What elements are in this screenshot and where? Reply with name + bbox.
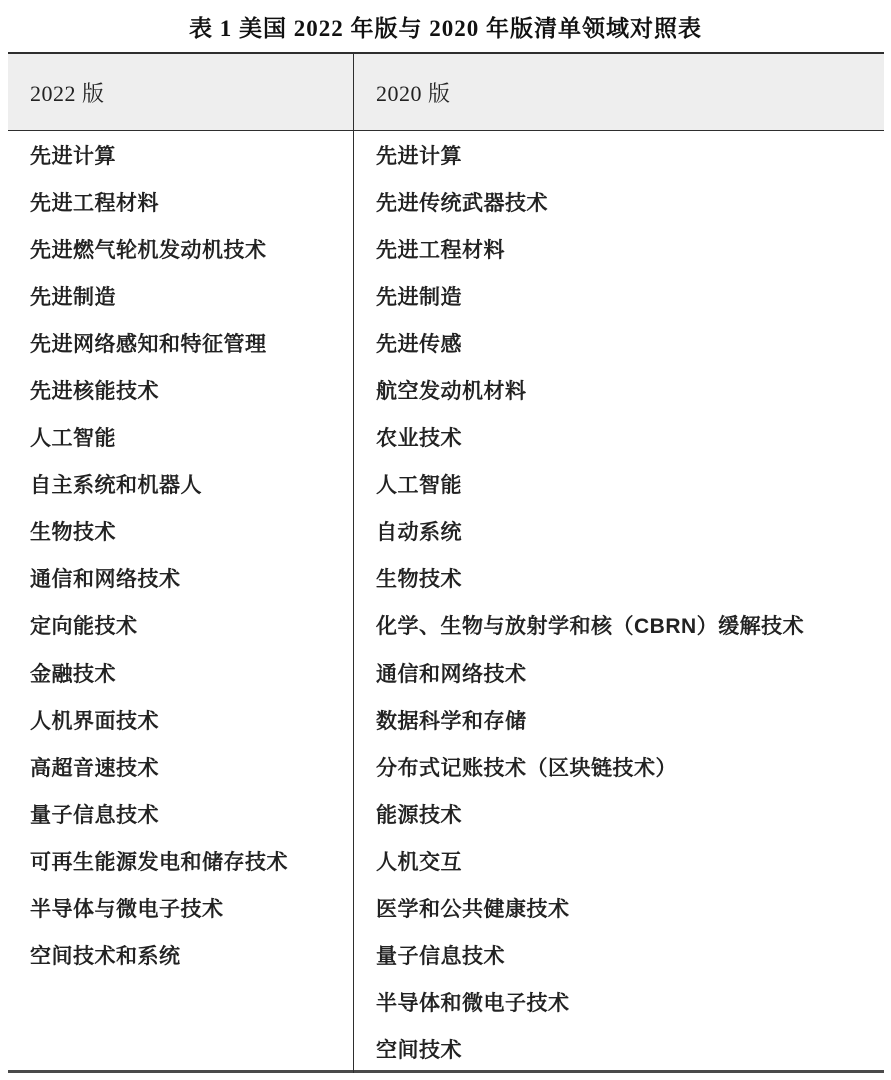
table-cell-2022: 量子信息技术 <box>8 790 354 837</box>
table-row: 先进计算 先进计算 <box>8 131 884 178</box>
table-cell-2022: 高超音速技术 <box>8 743 354 790</box>
table-cell-2020: 先进计算 <box>354 131 884 178</box>
table-cell-2020: 自动系统 <box>354 508 884 555</box>
header-cell-2020: 2020 版 <box>354 54 884 130</box>
table-cell-2020: 航空发动机材料 <box>354 366 884 413</box>
table-row: 通信和网络技术 生物技术 <box>8 555 884 602</box>
table-cell-2022: 先进核能技术 <box>8 366 354 413</box>
table-row: 人工智能 农业技术 <box>8 414 884 461</box>
header-cell-2022: 2022 版 <box>8 54 354 130</box>
comparison-table: 2022 版 2020 版 先进计算 先进计算 先进工程材料 先进传统武器技术 … <box>8 52 884 1073</box>
table-cell-2022: 通信和网络技术 <box>8 555 354 602</box>
table-cell-2020: 人工智能 <box>354 461 884 508</box>
table-cell-2020: 分布式记账技术（区块链技术） <box>354 743 884 790</box>
table-cell-2022: 先进燃气轮机发动机技术 <box>8 225 354 272</box>
table-row: 人机界面技术 数据科学和存储 <box>8 696 884 743</box>
table-row: 空间技术 <box>8 1026 884 1073</box>
table-row: 先进制造 先进制造 <box>8 272 884 319</box>
table-cell-2022: 先进工程材料 <box>8 178 354 225</box>
table-row: 量子信息技术 能源技术 <box>8 790 884 837</box>
table-cell-2022: 自主系统和机器人 <box>8 461 354 508</box>
table-row: 高超音速技术 分布式记账技术（区块链技术） <box>8 743 884 790</box>
table-cell-2020: 先进工程材料 <box>354 225 884 272</box>
table-cell-2022: 空间技术和系统 <box>8 932 354 979</box>
table-cell-2022: 生物技术 <box>8 508 354 555</box>
table-cell-2022: 可再生能源发电和储存技术 <box>8 837 354 884</box>
table-cell-2022-empty <box>8 1026 354 1073</box>
table-cell-2020: 化学、生物与放射学和核（CBRN）缓解技术 <box>354 602 884 649</box>
table-row: 先进燃气轮机发动机技术 先进工程材料 <box>8 225 884 272</box>
table-cell-2020: 半导体和微电子技术 <box>354 979 884 1026</box>
table-cell-2022: 先进网络感知和特征管理 <box>8 319 354 366</box>
table-cell-2020: 通信和网络技术 <box>354 649 884 696</box>
table-cell-2022: 定向能技术 <box>8 602 354 649</box>
table-cell-2022: 先进制造 <box>8 272 354 319</box>
table-row: 先进核能技术 航空发动机材料 <box>8 366 884 413</box>
table-cell-2022-empty <box>8 979 354 1026</box>
table-row: 自主系统和机器人 人工智能 <box>8 461 884 508</box>
table-row: 定向能技术 化学、生物与放射学和核（CBRN）缓解技术 <box>8 602 884 649</box>
table-cell-2020: 生物技术 <box>354 555 884 602</box>
table-cell-2022: 人机界面技术 <box>8 696 354 743</box>
table-row: 生物技术 自动系统 <box>8 508 884 555</box>
table-cell-2020: 量子信息技术 <box>354 932 884 979</box>
table-row: 先进工程材料 先进传统武器技术 <box>8 178 884 225</box>
table-cell-2020: 空间技术 <box>354 1026 884 1073</box>
table-cell-2020: 医学和公共健康技术 <box>354 885 884 932</box>
table-cell-2020: 人机交互 <box>354 837 884 884</box>
table-row: 空间技术和系统 量子信息技术 <box>8 932 884 979</box>
table-row: 可再生能源发电和储存技术 人机交互 <box>8 837 884 884</box>
table-header-row: 2022 版 2020 版 <box>8 54 884 131</box>
table-cell-2022: 先进计算 <box>8 131 354 178</box>
table-cell-2020: 能源技术 <box>354 790 884 837</box>
document-page: 表 1 美国 2022 年版与 2020 年版清单领域对照表 2022 版 20… <box>0 0 891 1080</box>
table-title: 表 1 美国 2022 年版与 2020 年版清单领域对照表 <box>0 0 891 43</box>
table-cell-2020: 先进传感 <box>354 319 884 366</box>
table-row: 半导体和微电子技术 <box>8 979 884 1026</box>
table-cell-2020: 先进制造 <box>354 272 884 319</box>
table-cell-2020: 农业技术 <box>354 414 884 461</box>
table-cell-2020: 先进传统武器技术 <box>354 178 884 225</box>
table-cell-2022: 金融技术 <box>8 649 354 696</box>
table-row: 金融技术 通信和网络技术 <box>8 649 884 696</box>
table-row: 先进网络感知和特征管理 先进传感 <box>8 319 884 366</box>
table-cell-2022: 人工智能 <box>8 414 354 461</box>
table-cell-2022: 半导体与微电子技术 <box>8 885 354 932</box>
table-row: 半导体与微电子技术 医学和公共健康技术 <box>8 885 884 932</box>
table-cell-2020: 数据科学和存储 <box>354 696 884 743</box>
